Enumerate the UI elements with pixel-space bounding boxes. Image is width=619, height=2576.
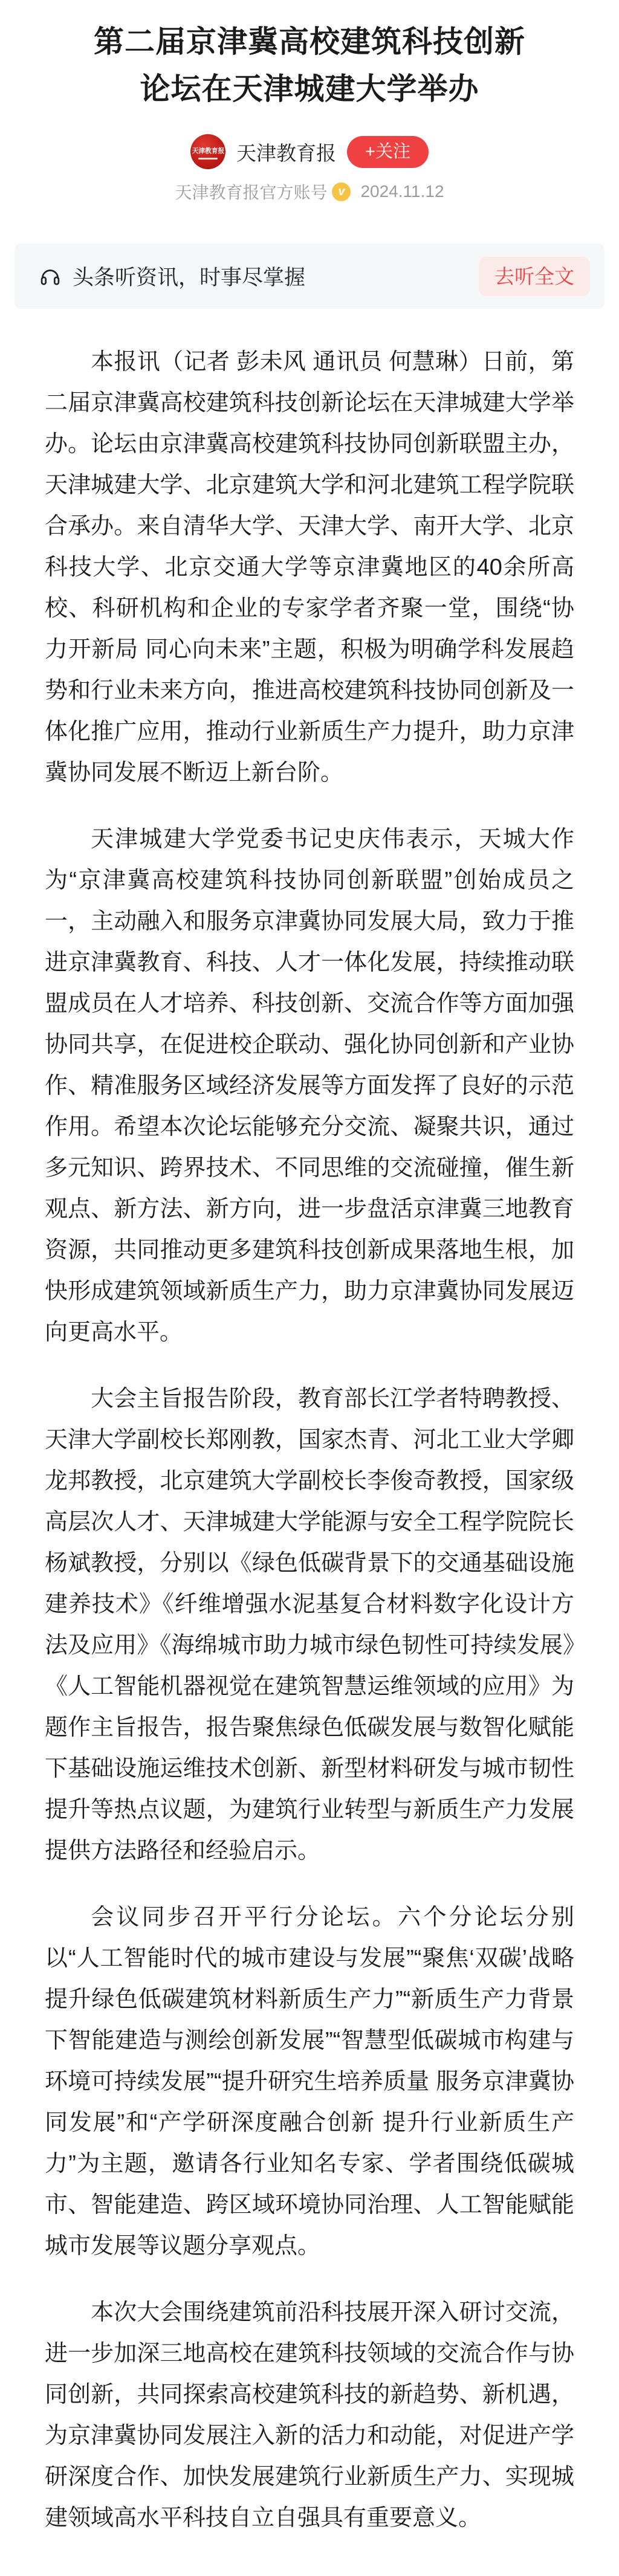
author-avatar-text: 天津教育报: [192, 145, 224, 155]
article-title: 第二届京津冀高校建筑科技创新 论坛在天津城建大学举办: [0, 18, 619, 112]
author-avatar[interactable]: 天津教育报: [190, 134, 225, 169]
article-paragraph: 天津城建大学党委书记史庆伟表示，天城大作为“京津冀高校建筑科技协同创新联盟”创始…: [45, 819, 574, 1353]
author-avatar-subline: [198, 158, 218, 160]
follow-button[interactable]: +关注: [347, 136, 429, 168]
article-paragraph: 大会主旨报告阶段，教育部长江学者特聘教授、天津大学副校长郑刚教，国家杰青、河北工…: [45, 1378, 574, 1871]
article-paragraph: 会议同步召开平行分论坛。六个分论坛分别以“人工智能时代的城市建设与发展”“聚焦‘…: [45, 1897, 574, 2267]
headphone-icon: [39, 265, 62, 288]
publish-date: 2024.11.12: [360, 182, 444, 201]
article-title-line-1: 第二届京津冀高校建筑科技创新: [0, 18, 619, 65]
article-page: 第二届京津冀高校建筑科技创新 论坛在天津城建大学举办 天津教育报 天津教育报 +…: [0, 0, 619, 2576]
article-body: 本报讯（记者 彭未风 通讯员 何慧琳）日前，第二届京津冀高校建筑科技创新论坛在天…: [45, 341, 574, 2576]
author-row: 天津教育报 天津教育报 +关注: [0, 134, 619, 169]
listen-banner-text: 头条听资讯，时事尽掌握: [73, 261, 479, 291]
article-paragraph: 本次大会围绕建筑前沿科技展开深入研讨交流，进一步加深三地高校在建筑科技领域的交流…: [45, 2292, 574, 2539]
listen-banner: 头条听资讯，时事尽掌握 去听全文: [15, 244, 604, 309]
byline-row: 天津教育报官方账号 v 2024.11.12: [0, 179, 619, 204]
verified-icon: v: [332, 182, 351, 201]
listen-full-text-button[interactable]: 去听全文: [479, 257, 590, 296]
author-byline: 天津教育报官方账号: [175, 179, 327, 204]
article-title-line-2: 论坛在天津城建大学举办: [0, 65, 619, 112]
author-name[interactable]: 天津教育报: [236, 138, 336, 166]
article-paragraph: 本报讯（记者 彭未风 通讯员 何慧琳）日前，第二届京津冀高校建筑科技创新论坛在天…: [45, 341, 574, 793]
